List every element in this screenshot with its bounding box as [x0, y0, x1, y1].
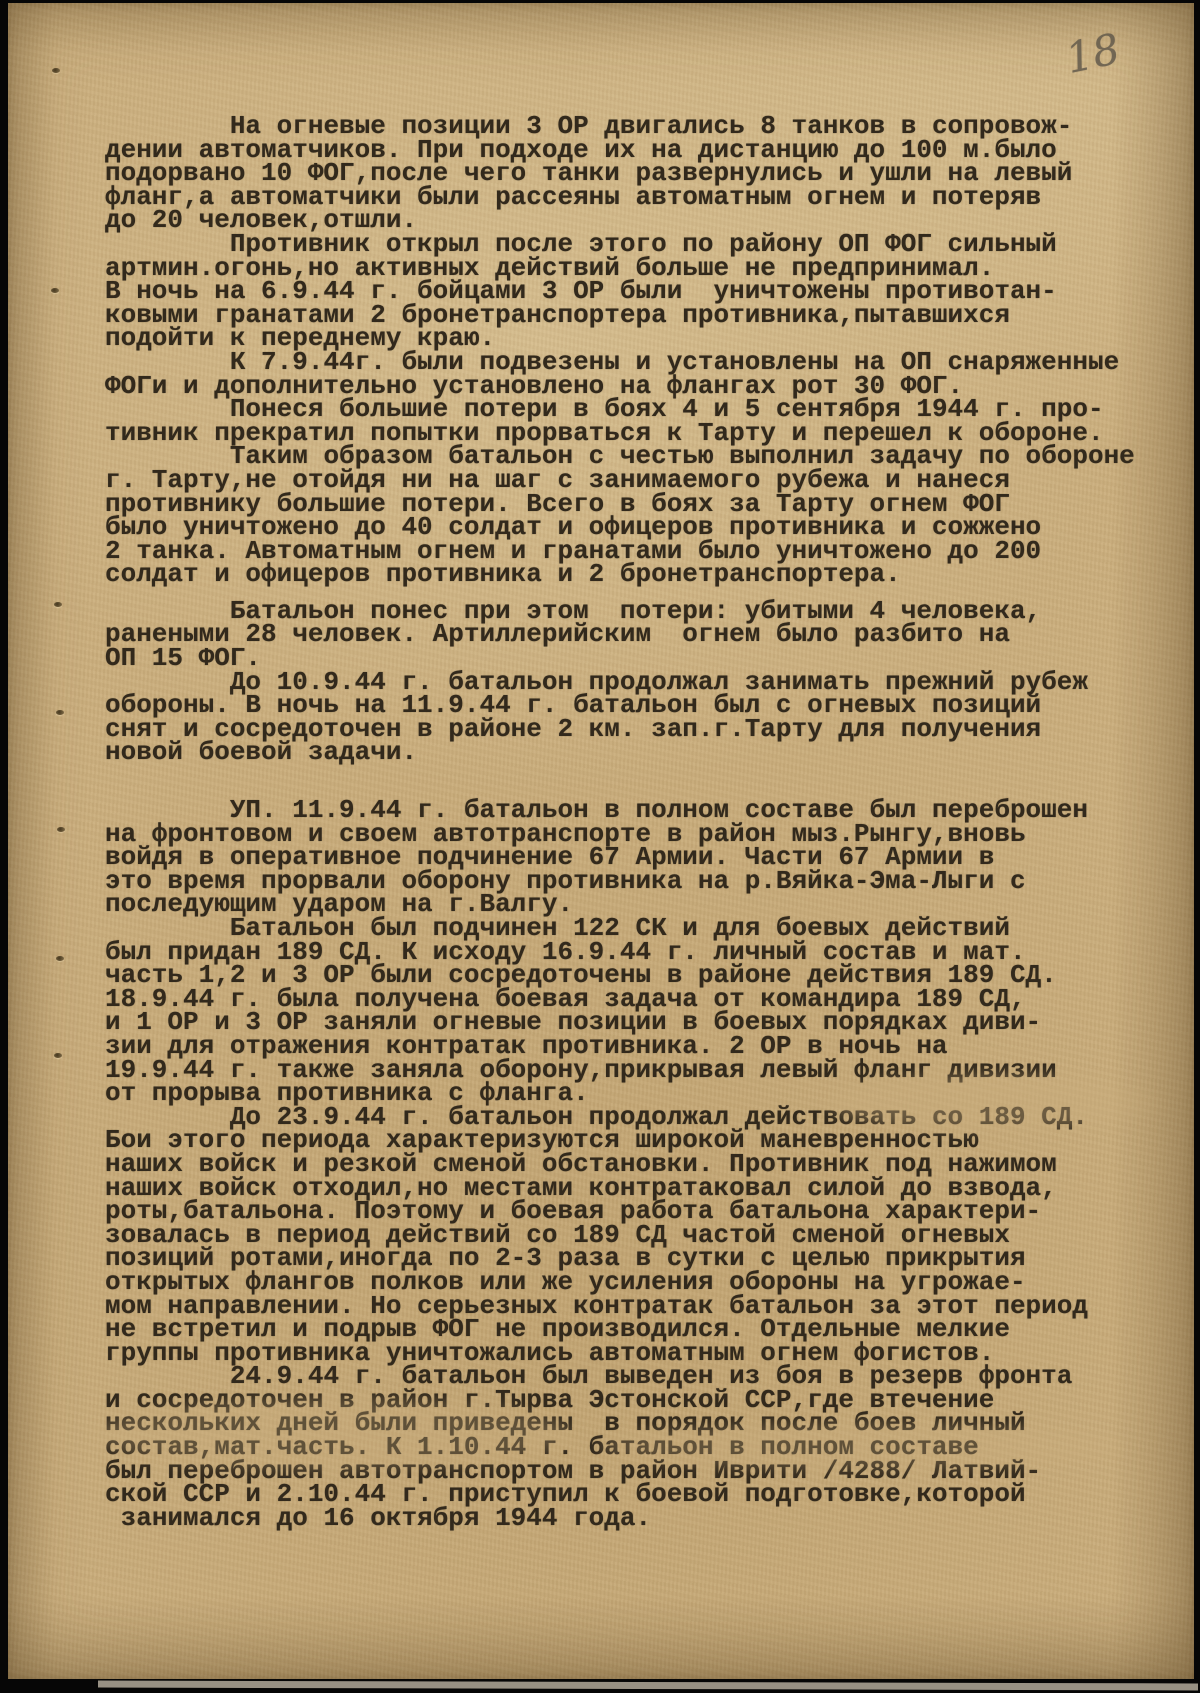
binding-hole [57, 827, 65, 832]
document-page: 18 На огневые позиции 3 ОР двигались 8 т… [8, 3, 1194, 1679]
binding-hole [56, 710, 64, 715]
paragraph: Батальон понес при этом потери: убитыми … [105, 600, 1153, 671]
paragraph: Понеся большие потери в боях 4 и 5 сентя… [105, 398, 1153, 445]
binding-hole [54, 1053, 62, 1058]
paragraph: К 7.9.44г. были подвезены и установлены … [105, 351, 1153, 398]
paragraph: УП. 11.9.44 г. батальон в полном составе… [105, 799, 1153, 917]
paragraph: До 10.9.44 г. батальон продолжал занимат… [105, 671, 1153, 765]
binding-hole [51, 288, 59, 293]
binding-hole [54, 602, 62, 607]
paragraph: Таким образом батальон с честью выполнил… [105, 445, 1153, 587]
paragraph: 24.9.44 г. батальон был выведен из боя в… [105, 1365, 1153, 1530]
paragraph: Батальон был подчинен 122 СК и для боевы… [105, 917, 1153, 1106]
page-number-handwritten: 18 [1061, 24, 1123, 83]
binding-hole [52, 68, 60, 73]
paragraph: Противник открыл после этого по району О… [105, 233, 1153, 351]
paragraph: На огневые позиции 3 ОР двигались 8 танк… [105, 115, 1153, 233]
scan-edge-artifact [98, 1681, 1198, 1691]
binding-hole [56, 956, 64, 961]
paragraph: До 23.9.44 г. батальон продолжал действо… [105, 1106, 1153, 1366]
document-text: На огневые позиции 3 ОР двигались 8 танк… [105, 115, 1153, 1530]
